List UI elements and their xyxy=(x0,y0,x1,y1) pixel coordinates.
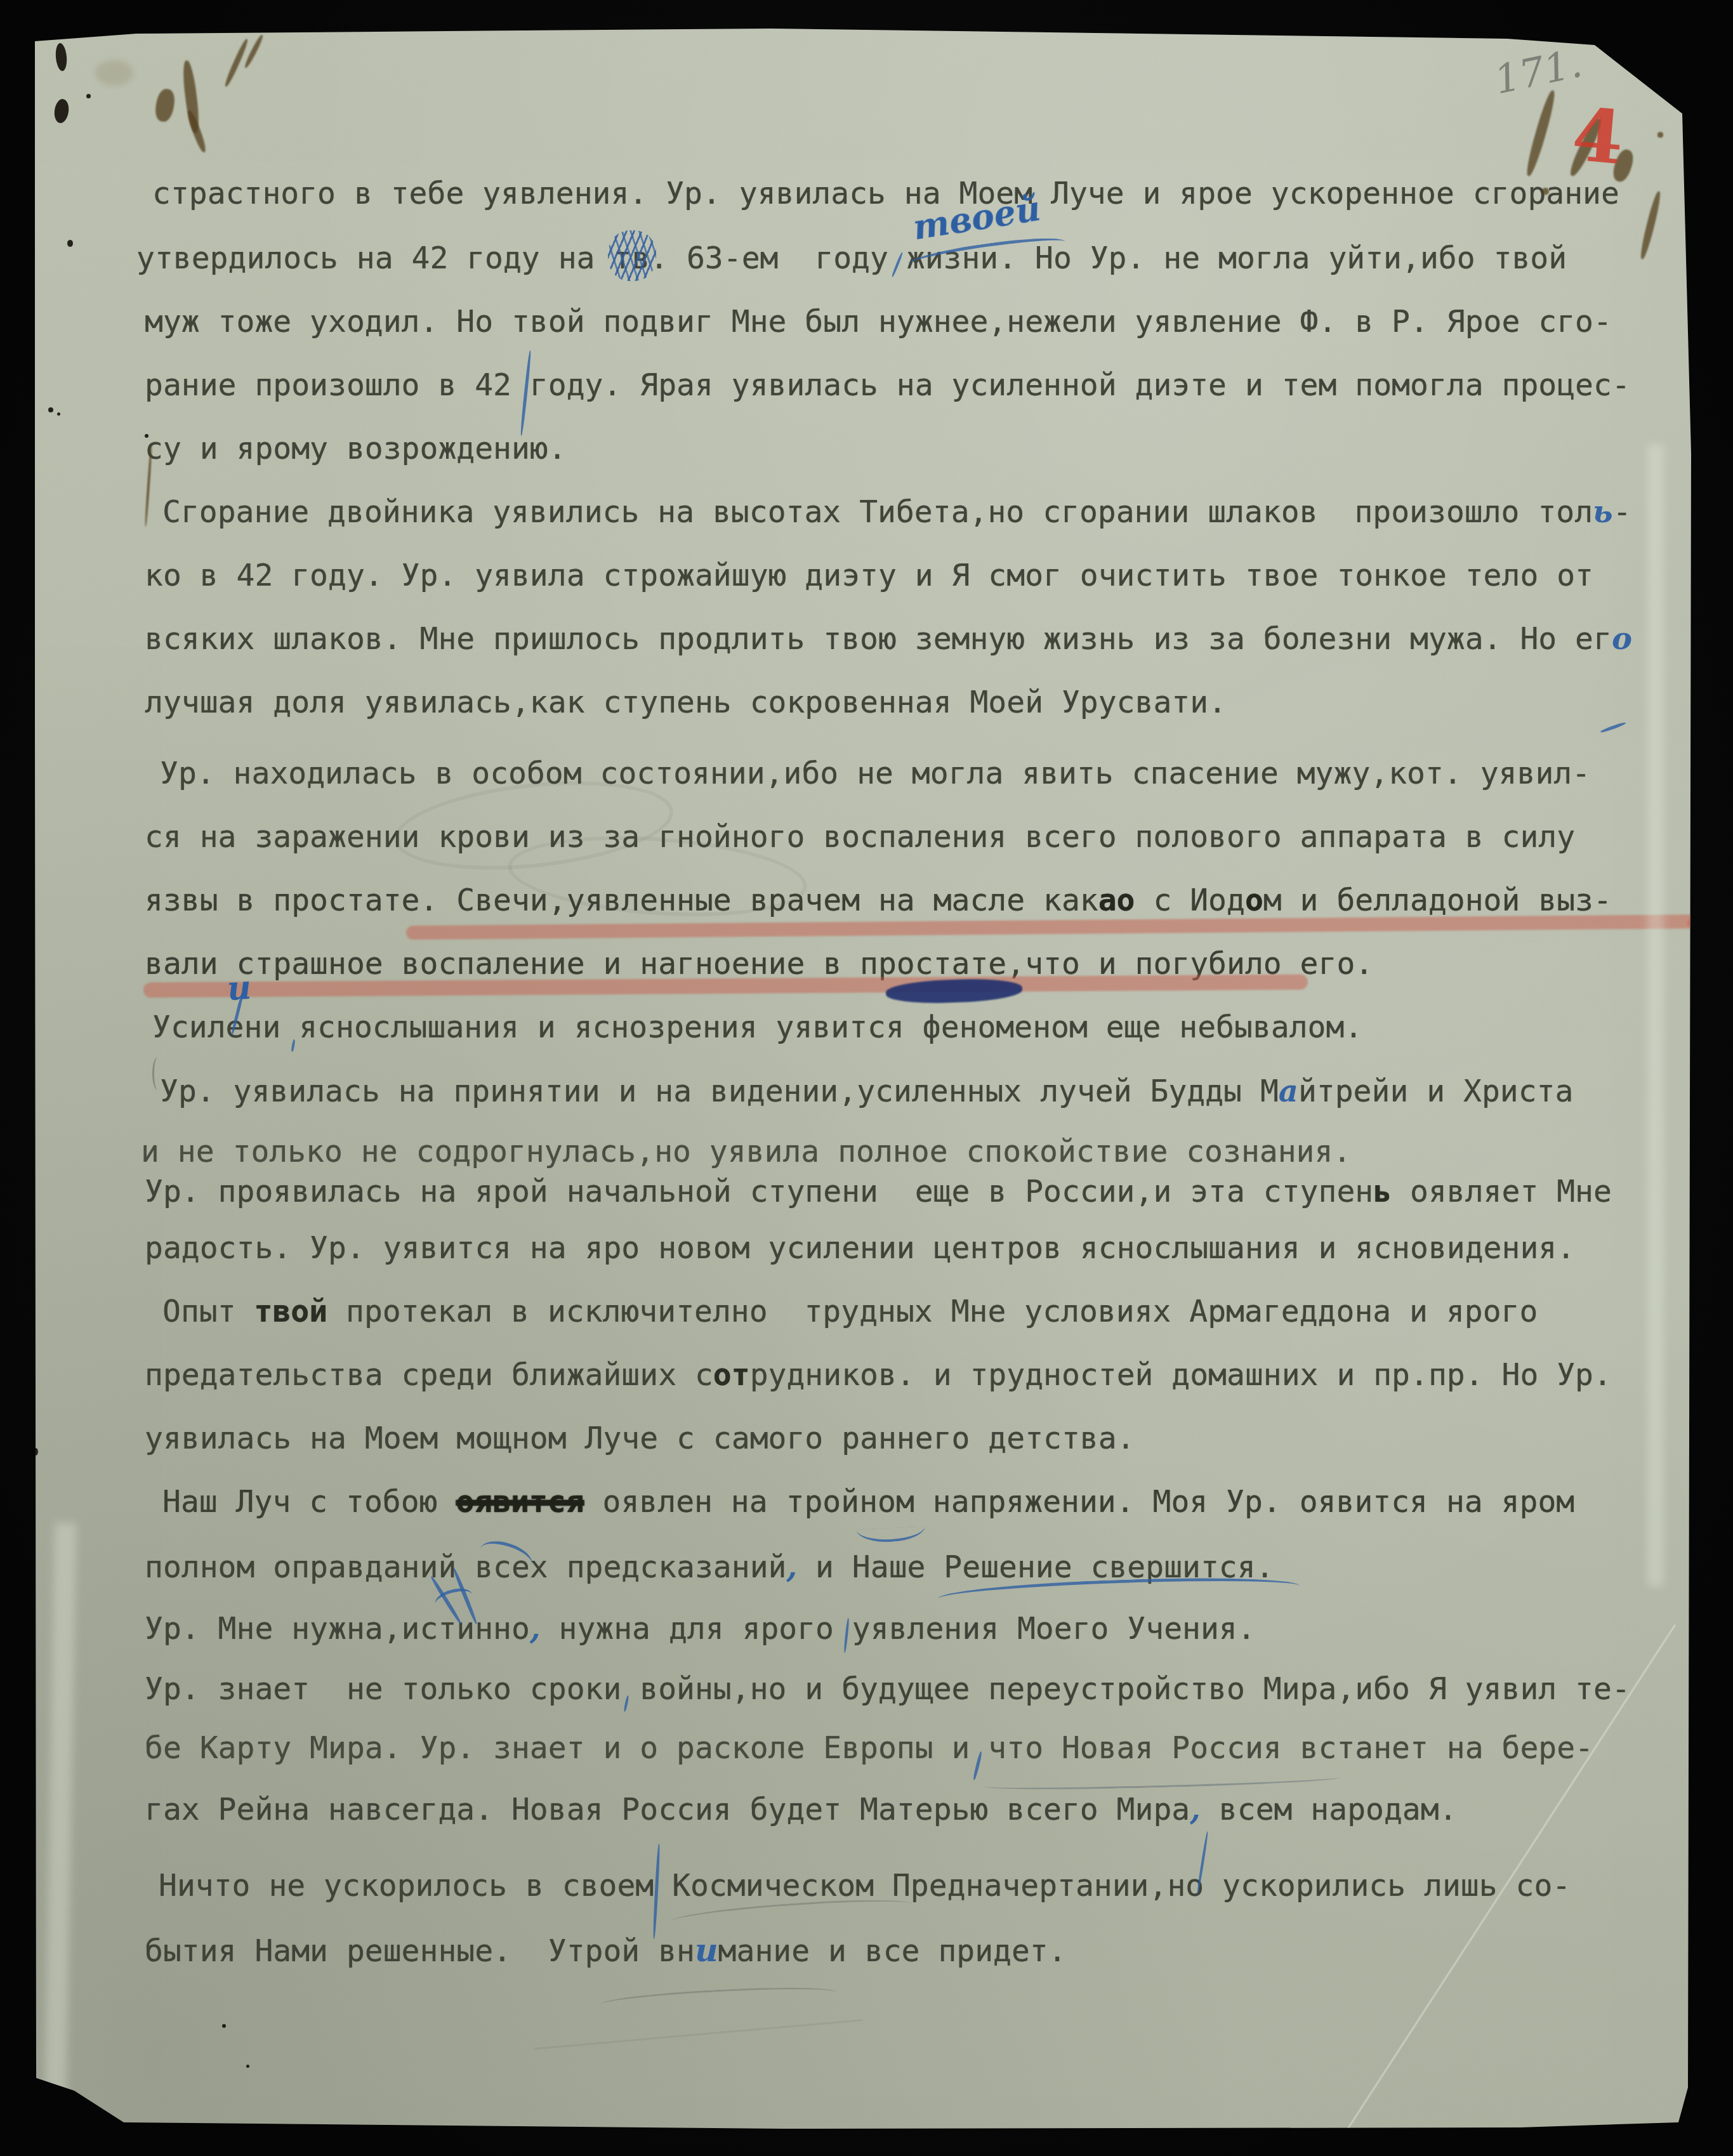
text-segment: Ур. знает не только сроки войны,но и буд… xyxy=(145,1671,1630,1707)
text-line: ко в 42 году. Ур. уявила строжайшую диэт… xyxy=(145,558,1593,593)
pencil-wave xyxy=(600,1983,837,2013)
speck xyxy=(48,407,53,412)
text-line: страстного в тебе уявления. Ур. уявилась… xyxy=(152,176,1619,211)
speck xyxy=(33,1448,38,1456)
text-segment: оявляет Мне xyxy=(1392,1174,1612,1209)
text-line: Ур. знает не только сроки войны,но и буд… xyxy=(145,1671,1630,1707)
text-line: су и ярому возрождению. xyxy=(145,431,567,466)
blue-underline-troinom xyxy=(856,1526,925,1544)
text-line: лучшая доля уявилась,как ступень сокрове… xyxy=(145,685,1227,720)
text-line: вали страшное воспаление и нагноение в п… xyxy=(145,946,1373,982)
page-number-blue: 4 xyxy=(1656,67,1682,105)
text-segment: мание и все придет. xyxy=(718,1933,1067,1969)
text-line: и не только не содрогнулась,но уявила по… xyxy=(141,1134,1351,1169)
ink-smudge-tail xyxy=(1638,190,1663,260)
text-segment: всем народам. xyxy=(1201,1792,1458,1827)
stain-blob xyxy=(154,88,177,123)
text-segment: Наш Луч с тобою xyxy=(162,1484,456,1520)
text-segment: лучшая доля уявилась,как ступень сокрове… xyxy=(145,685,1227,720)
text-segment: йтрейи и Христа xyxy=(1298,1074,1573,1109)
ink-smudge-streak xyxy=(1567,116,1605,178)
speck xyxy=(246,2065,249,2068)
text-segment: и не только не содрогнулась,но уявила по… xyxy=(141,1134,1351,1169)
text-segment: предательства среди ближайших с xyxy=(145,1357,713,1393)
stain-streak xyxy=(223,38,250,88)
speck xyxy=(57,412,60,416)
text-segment-hand: , xyxy=(786,1549,797,1585)
text-segment: с Иод xyxy=(1135,883,1245,918)
text-segment-handb: и xyxy=(695,1931,718,1969)
text-line: Ур. проявилась на ярой начальной ступени… xyxy=(145,1174,1612,1209)
text-segment-xout: оявится xyxy=(456,1484,584,1520)
text-segment-hand: , xyxy=(530,1611,541,1647)
page-number-red: 4 xyxy=(1569,98,1626,176)
text-segment: Ур. находилась в особом состоянии,ибо не… xyxy=(160,756,1590,791)
text-line: муж тоже уходил. Но твой подвиг Мне был … xyxy=(145,304,1612,339)
pencil-underline-novaya-rossiya xyxy=(985,1772,1340,1792)
speck xyxy=(86,94,91,98)
text-segment: рудников. и трудностей домашних и пр.пр.… xyxy=(750,1357,1612,1393)
text-segment: Ур. проявилась на ярой начальной ступени… xyxy=(145,1174,1373,1209)
text-segment: вали страшное воспаление и нагноение в п… xyxy=(145,946,1373,982)
red-pencil-underline-hook xyxy=(1685,894,1714,929)
speck xyxy=(67,240,73,247)
crease-shadow xyxy=(534,2019,862,2049)
punch-hole-mark xyxy=(53,98,70,124)
edge-light-band xyxy=(1647,444,1664,1586)
text-segment: ко в 42 году. Ур. уявила строжайшую диэт… xyxy=(145,558,1593,593)
text-line: уявилась на Моем мощном Луче с самого ра… xyxy=(145,1421,1135,1456)
text-line: гах Рейна навсегда. Новая Россия будет М… xyxy=(145,1792,1458,1827)
text-line: ся на заражении крови из за гнойного вос… xyxy=(145,819,1575,855)
text-segment: . 63-ем году жизни. Но Ур. не могла уйти… xyxy=(650,240,1567,276)
text-segment: нужна для ярого уявления Моего Учения. xyxy=(541,1611,1256,1647)
ink-smudge-streak xyxy=(1524,89,1558,178)
text-segment-b: твой xyxy=(254,1294,328,1329)
text-line: радость. Ур. уявится на яро новом усилен… xyxy=(145,1230,1575,1266)
text-segment: страстного в тебе уявления. Ур. уявилась… xyxy=(152,176,1619,211)
text-segment: Ничто не ускорилось в своем Космическом … xyxy=(159,1868,1571,1903)
text-segment: ся на заражении крови из за гнойного вос… xyxy=(145,819,1575,855)
document-page: страстного в тебе уявления. Ур. уявилась… xyxy=(35,29,1691,2129)
speck xyxy=(25,778,31,789)
text-line: Ничто не ускорилось в своем Космическом … xyxy=(159,1868,1571,1903)
text-segment: уявилась на Моем мощном Луче с самого ра… xyxy=(145,1421,1135,1456)
text-line: утвердилось на 42 году на тв. 63-ем году… xyxy=(136,240,1567,276)
stain-faint xyxy=(95,60,133,86)
text-segment: бе Карту Мира. Ур. знает и о расколе Евр… xyxy=(145,1730,1593,1766)
text-line: всяких шлаков. Мне пришлось продлить тво… xyxy=(145,621,1632,657)
text-segment: полном оправданий всех предсказаний xyxy=(145,1549,786,1585)
text-line: язвы в простате. Свечи,уявленные врачем … xyxy=(145,883,1612,918)
text-segment-hand: ь xyxy=(1593,494,1613,530)
text-line: Ур. Мне нужна,истинно, нужна для ярого у… xyxy=(145,1611,1256,1647)
blue-scribble-hook xyxy=(433,1585,475,1614)
text-segment: рание произошло в 42 году. Ярая уявилась… xyxy=(145,367,1630,403)
scanned-document-photo: страстного в тебе уявления. Ур. уявилась… xyxy=(0,0,1733,2156)
text-segment-hand: , xyxy=(1190,1792,1201,1827)
text-segment-b: от xyxy=(713,1357,750,1393)
punch-hole-mark xyxy=(55,43,68,71)
text-segment: бытия Нами решенные. Утрой вн xyxy=(145,1933,695,1969)
text-line: рание произошло в 42 году. Ярая уявилась… xyxy=(145,367,1630,403)
text-line: Ур. находилась в особом состоянии,ибо не… xyxy=(160,756,1590,791)
text-segment: Сгорание двойника уявились на высотах Ти… xyxy=(162,494,1593,530)
text-line: Наш Луч с тобою оявится оявлен на тройно… xyxy=(162,1484,1574,1520)
text-segment: м и белладоной выз- xyxy=(1263,883,1612,918)
text-segment: утвердилось на 42 году на xyxy=(136,240,613,276)
text-segment: гах Рейна навсегда. Новая Россия будет М… xyxy=(145,1792,1190,1827)
text-segment-b: ь xyxy=(1373,1174,1392,1209)
text-line: бытия Нами решенные. Утрой внимание и вс… xyxy=(145,1933,1067,1969)
text-segment: язвы в простате. Свечи,уявленные врачем … xyxy=(145,883,1098,918)
edge-light-band xyxy=(44,1523,76,2119)
text-segment: Опыт xyxy=(162,1294,254,1329)
text-segment: всяких шлаков. Мне пришлось продлить тво… xyxy=(145,621,1612,657)
text-line: Сгорание двойника уявились на высотах Ти… xyxy=(162,494,1631,530)
text-segment-hand: а xyxy=(1279,1074,1298,1109)
text-line: Опыт твой протекал в исключително трудны… xyxy=(162,1294,1538,1329)
text-segment: и Наше Решение свершится. xyxy=(797,1549,1274,1585)
text-line: Ур. уявилась на принятии и на видении,ус… xyxy=(160,1074,1573,1109)
text-segment: Ур. Мне нужна,истинно xyxy=(145,1611,530,1647)
text-segment-b: ао xyxy=(1098,883,1135,918)
text-segment: радость. Ур. уявится на яро новом усилен… xyxy=(145,1230,1575,1266)
page-number-pencil: 171. xyxy=(1491,43,1585,100)
text-segment-hand: о xyxy=(1612,621,1632,657)
ink-smudge-dot xyxy=(1657,132,1663,138)
text-segment: Усилени яснослышания и яснозрения уявитс… xyxy=(152,1009,1362,1045)
text-segment: протекал в исключително трудных Мне усло… xyxy=(327,1294,1538,1329)
text-line: бе Карту Мира. Ур. знает и о расколе Евр… xyxy=(145,1730,1593,1766)
text-segment: оявлен на тройном напряжении. Моя Ур. оя… xyxy=(584,1484,1575,1520)
text-segment: Ур. уявилась на принятии и на видении,ус… xyxy=(160,1074,1279,1109)
stain-streak xyxy=(243,34,264,69)
text-line: Усилени яснослышания и яснозрения уявитс… xyxy=(152,1009,1362,1045)
text-segment: - xyxy=(1613,494,1631,530)
stain-streak xyxy=(181,60,201,133)
text-segment-b: о xyxy=(1245,883,1263,918)
text-segment: су и ярому возрождению. xyxy=(145,431,567,466)
text-line: полном оправданий всех предсказаний, и Н… xyxy=(145,1549,1274,1585)
text-line: предательства среди ближайших сотруднико… xyxy=(145,1357,1612,1393)
text-segment: муж тоже уходил. Но твой подвиг Мне был … xyxy=(145,304,1612,339)
stain-streak xyxy=(185,109,208,154)
text-segment-scrib: тв xyxy=(613,240,650,276)
speck xyxy=(222,2024,226,2028)
accent-slash xyxy=(1600,721,1626,733)
